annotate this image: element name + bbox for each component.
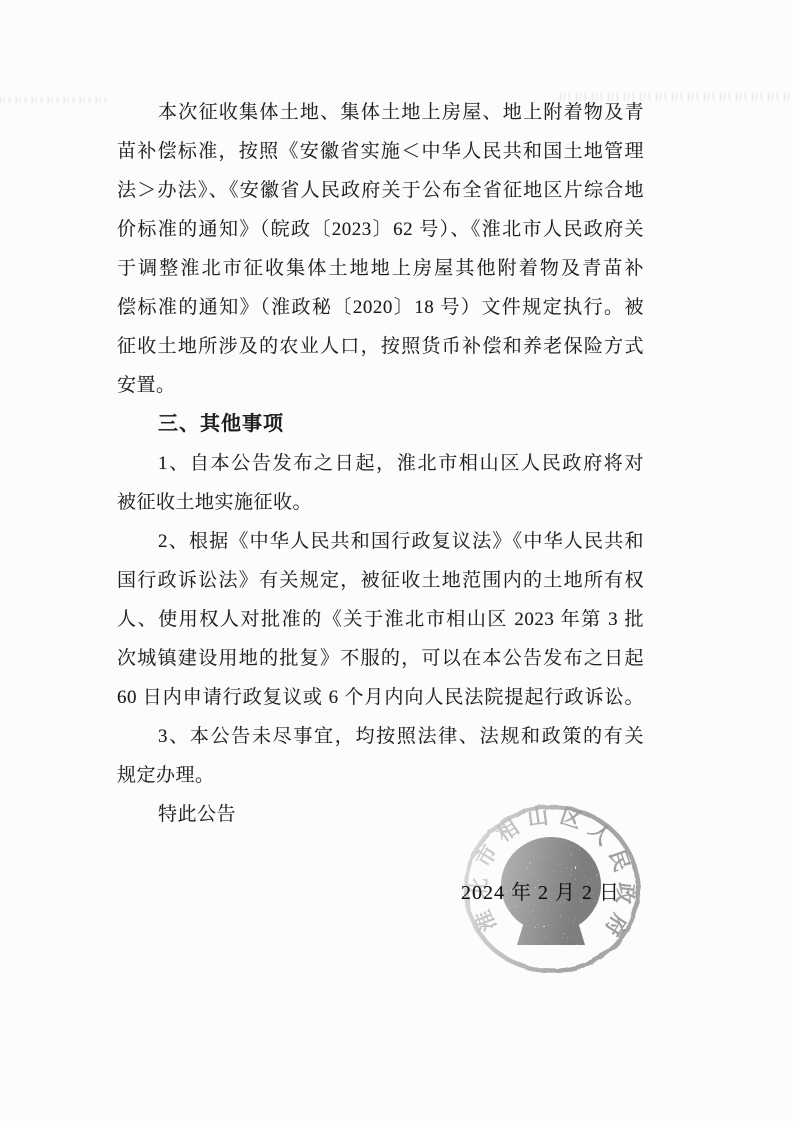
text-line: 规定办理。 — [117, 756, 644, 795]
scan-noise-streak — [0, 97, 112, 103]
paragraph: 3、本公告未尽事宜，均按照法律、法规和政策的有关规定办理。 — [117, 717, 644, 795]
text-line: 2、根据《中华人民共和国行政复议法》《中华人民共和 — [117, 522, 644, 561]
document-body: 本次征收集体土地、集体土地上房屋、地上附着物及青苗补偿标准，按照《安徽省实施＜中… — [117, 93, 644, 834]
text-line: 安置。 — [117, 366, 644, 405]
text-line: 次城镇建设用地的批复》不服的，可以在本公告发布之日起 — [117, 639, 644, 678]
text-line: 人、使用权人对批准的《关于淮北市相山区 2023 年第 3 批 — [117, 600, 644, 639]
text-line: 1、自本公告发布之日起，淮北市相山区人民政府将对 — [117, 444, 644, 483]
paragraph: 1、自本公告发布之日起，淮北市相山区人民政府将对被征收土地实施征收。 — [117, 444, 644, 522]
issue-date: 2024 年 2 月 2 日 — [461, 876, 620, 905]
paragraph: 本次征收集体土地、集体土地上房屋、地上附着物及青苗补偿标准，按照《安徽省实施＜中… — [117, 93, 644, 405]
text-line: 本次征收集体土地、集体土地上房屋、地上附着物及青 — [117, 93, 644, 132]
text-line: 于调整淮北市征收集体土地地上房屋其他附着物及青苗补 — [117, 249, 644, 288]
text-line: 价标准的通知》（皖政〔2023〕62 号）、《淮北市人民政府关 — [117, 210, 644, 249]
text-line: 偿标准的通知》（淮政秘〔2020〕18 号）文件规定执行。被 — [117, 288, 644, 327]
section-heading: 三、其他事项 — [117, 405, 644, 444]
text-line: 60 日内申请行政复议或 6 个月内向人民法院提起行政诉讼。 — [117, 678, 644, 717]
text-line: 三、其他事项 — [117, 405, 644, 444]
text-line: 法＞办法》、《安徽省人民政府关于公布全省征地区片综合地 — [117, 171, 644, 210]
text-line: 被征收土地实施征收。 — [117, 483, 644, 522]
text-line: 3、本公告未尽事宜，均按照法律、法规和政策的有关 — [117, 717, 644, 756]
scanned-notice-page: 本次征收集体土地、集体土地上房屋、地上附着物及青苗补偿标准，按照《安徽省实施＜中… — [0, 0, 793, 1121]
text-line: 征收土地所涉及的农业人口，按照货币补偿和养老保险方式 — [117, 327, 644, 366]
text-line: 苗补偿标准，按照《安徽省实施＜中华人民共和国土地管理 — [117, 132, 644, 171]
paragraph: 2、根据《中华人民共和国行政复议法》《中华人民共和国行政诉讼法》有关规定，被征收… — [117, 522, 644, 717]
text-line: 国行政诉讼法》有关规定，被征收土地范围内的土地所有权 — [117, 561, 644, 600]
